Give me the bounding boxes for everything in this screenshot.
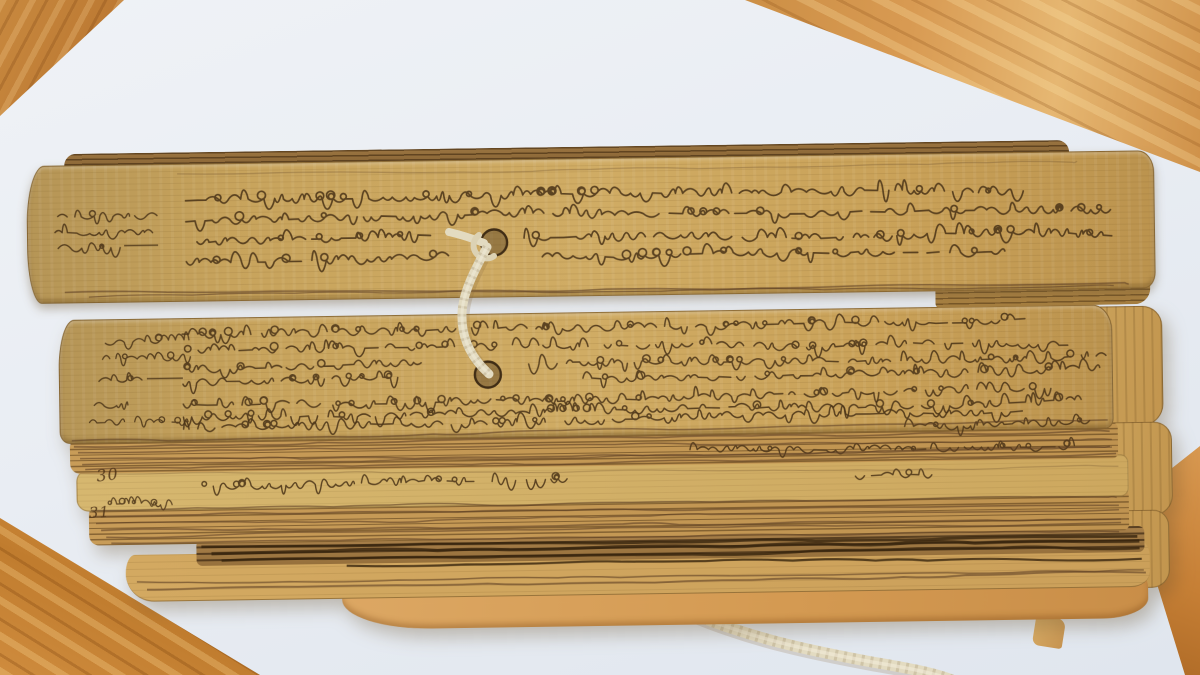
- handwriting-line: [184, 358, 421, 378]
- leaf-edge-line: [72, 419, 1108, 442]
- handwriting-line: [105, 332, 189, 350]
- handwriting-line: [186, 249, 448, 274]
- handwriting-line: [58, 209, 157, 224]
- handwriting-line: [185, 178, 1023, 212]
- leaf-edge-line: [80, 443, 1110, 464]
- wood-table-top-left: [0, 0, 200, 130]
- handwriting-line: [58, 243, 120, 258]
- handwriting-line: [102, 352, 190, 366]
- handwriting-line: [55, 223, 162, 240]
- handwriting-line: [186, 197, 1111, 231]
- palm-leaf-bundle: 30 31: [58, 304, 1173, 638]
- handwriting-line: [197, 228, 431, 246]
- handwriting-line: [202, 472, 567, 496]
- leaf-edge-line: [177, 161, 1077, 177]
- handwriting-line: [182, 311, 1025, 344]
- handwriting-line: [183, 371, 407, 394]
- binding-hole: [481, 229, 507, 255]
- binding-hole: [475, 361, 501, 387]
- manuscript-photo-scene: 30 31: [0, 0, 1200, 675]
- bundle-handwriting: [58, 304, 1173, 638]
- handwriting-line: [89, 416, 188, 428]
- handwriting-line: [529, 346, 1106, 374]
- folio-number-30: 30: [95, 464, 119, 486]
- upper-leaf-handwriting: [27, 151, 1155, 303]
- leaf-edge-line: [347, 553, 1142, 571]
- upper-palm-leaf: [26, 150, 1156, 304]
- handwriting-line: [108, 496, 172, 510]
- handwriting-line: [99, 373, 142, 383]
- handwriting-line: [183, 381, 1051, 416]
- handwriting-line: [524, 220, 1121, 250]
- flourish-dash: [147, 378, 183, 379]
- folio-number-31: 31: [88, 503, 110, 522]
- handwriting-line: [94, 402, 128, 410]
- handwriting-line: [542, 240, 1005, 268]
